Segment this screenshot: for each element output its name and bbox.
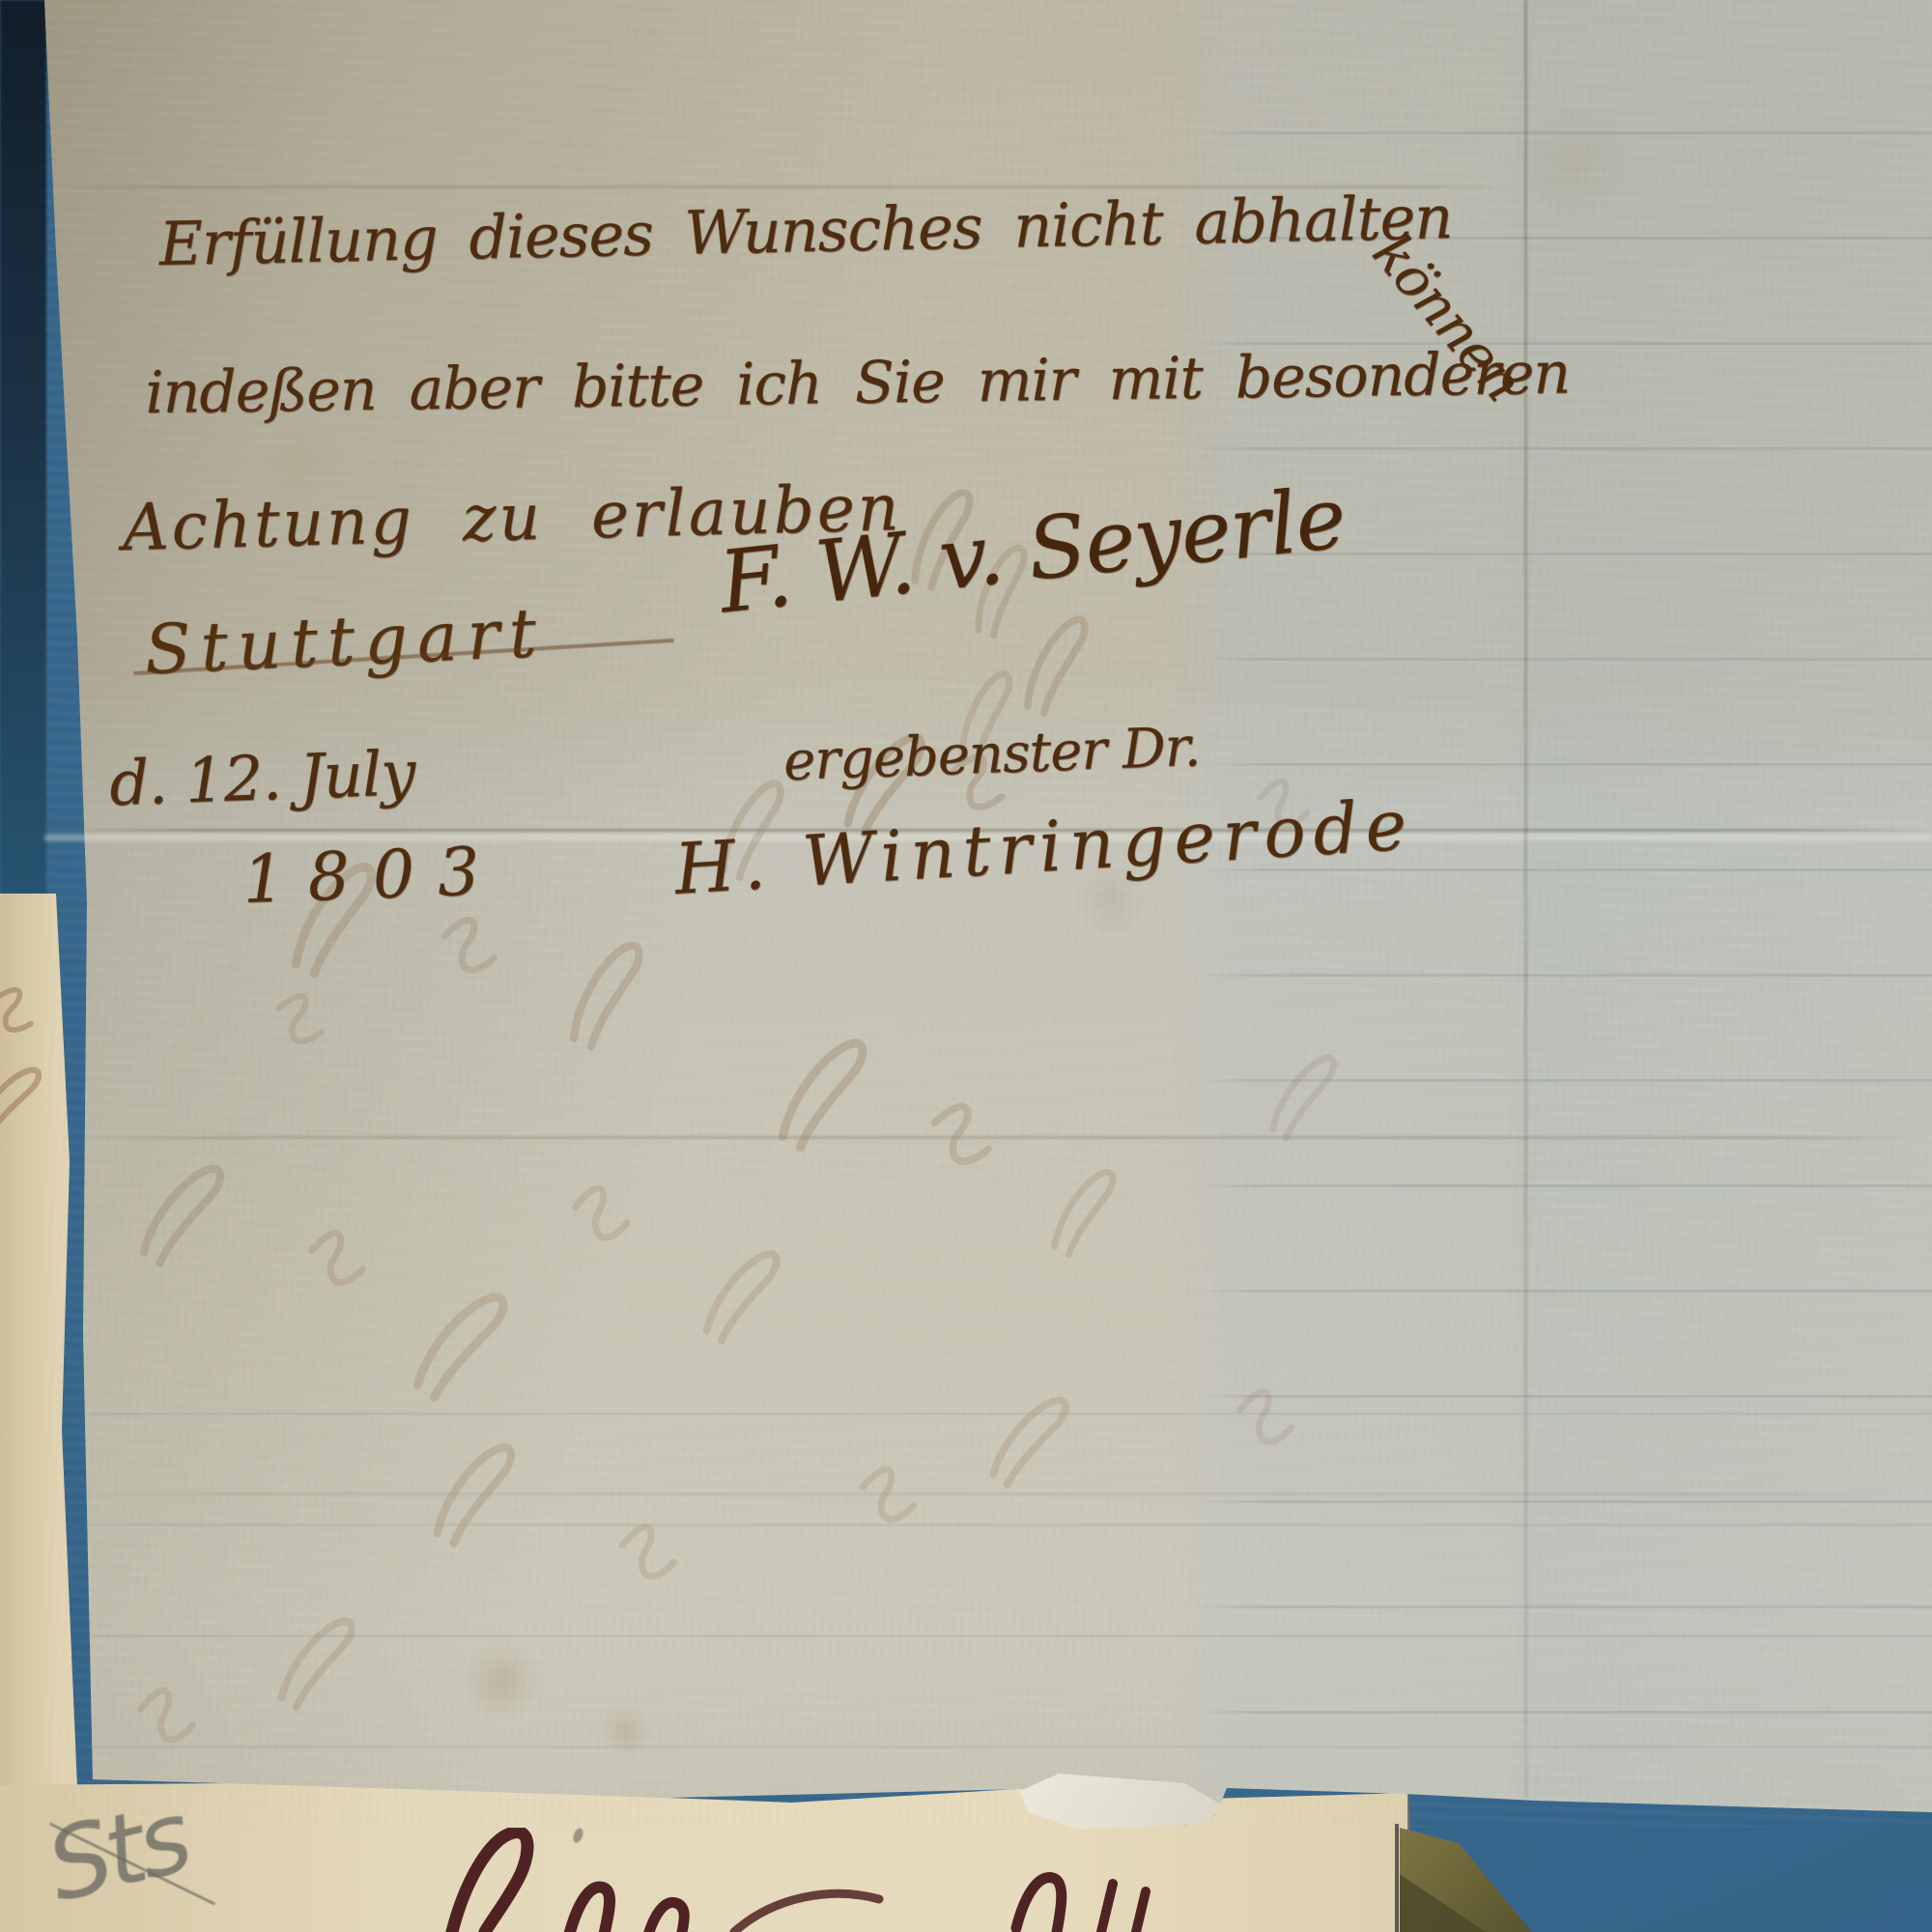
fold-crease-vertical — [1524, 0, 1527, 1797]
background-shadow-left-edge — [0, 0, 46, 913]
fold-crease-lower — [58, 1136, 1932, 1139]
partial-ink-strokes — [425, 1828, 1256, 1932]
dateline-day-month: d. 12. July — [108, 738, 416, 820]
dateline-year: 1803 — [241, 834, 504, 919]
fold-crease-faint — [77, 1492, 1913, 1495]
olive-corner-edge — [1395, 1824, 1399, 1932]
